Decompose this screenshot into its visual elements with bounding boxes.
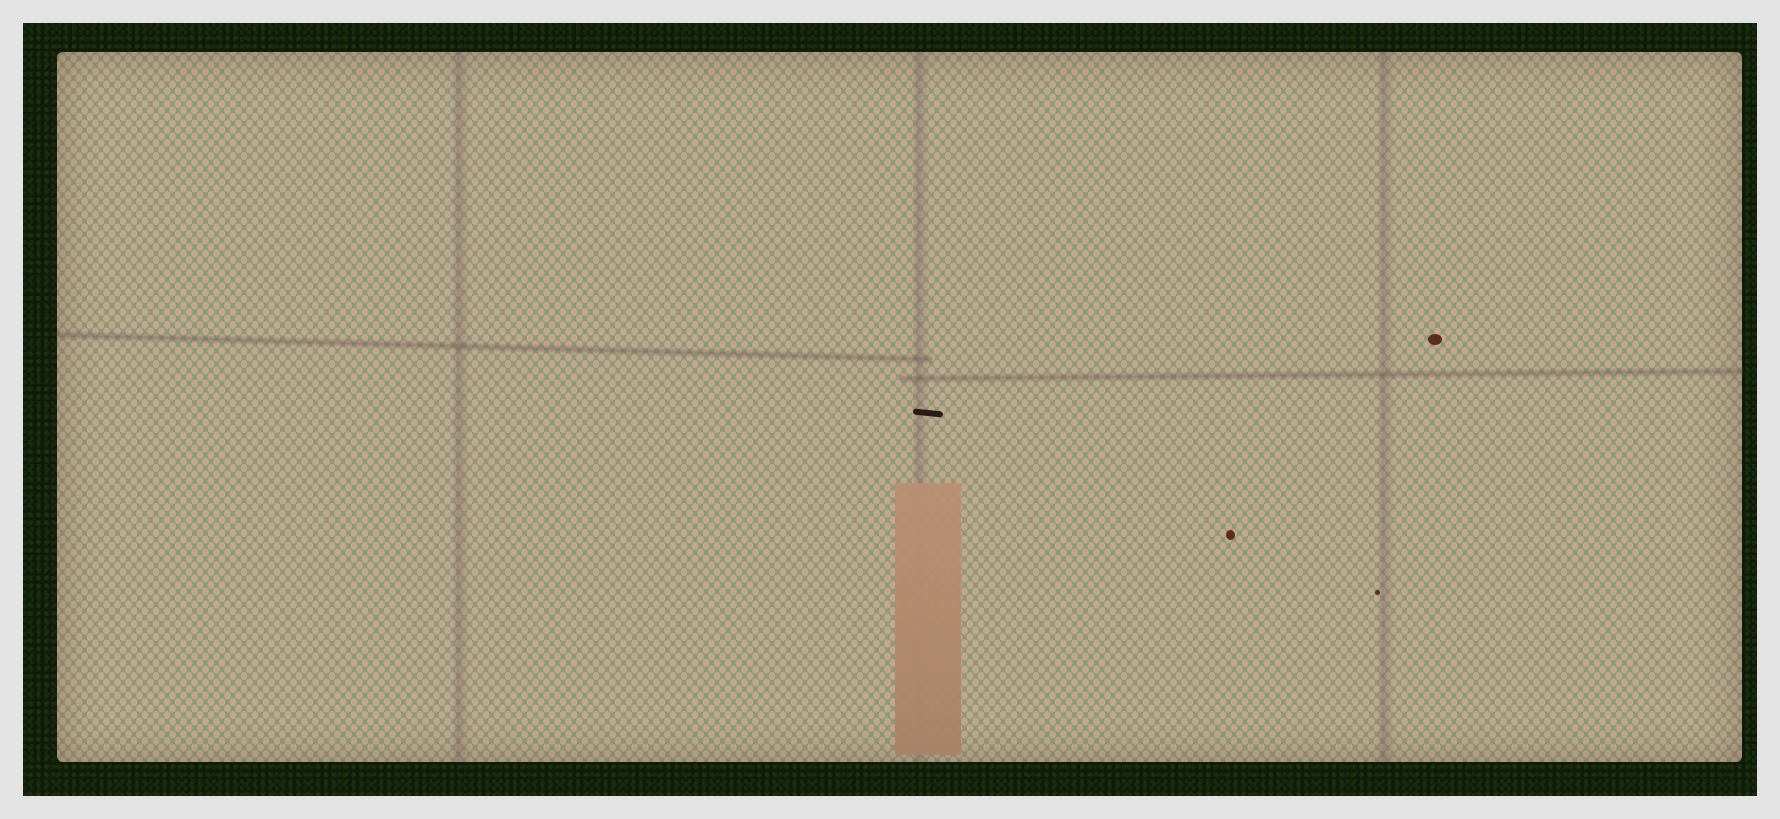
vertical-fold xyxy=(452,52,470,762)
horizontal-fold xyxy=(899,366,1742,383)
stain xyxy=(1226,530,1235,540)
vertical-fold xyxy=(1377,52,1395,762)
stain xyxy=(1428,334,1442,345)
stain xyxy=(1375,590,1380,595)
horizontal-fold xyxy=(57,330,933,364)
repair-tape xyxy=(895,483,961,755)
